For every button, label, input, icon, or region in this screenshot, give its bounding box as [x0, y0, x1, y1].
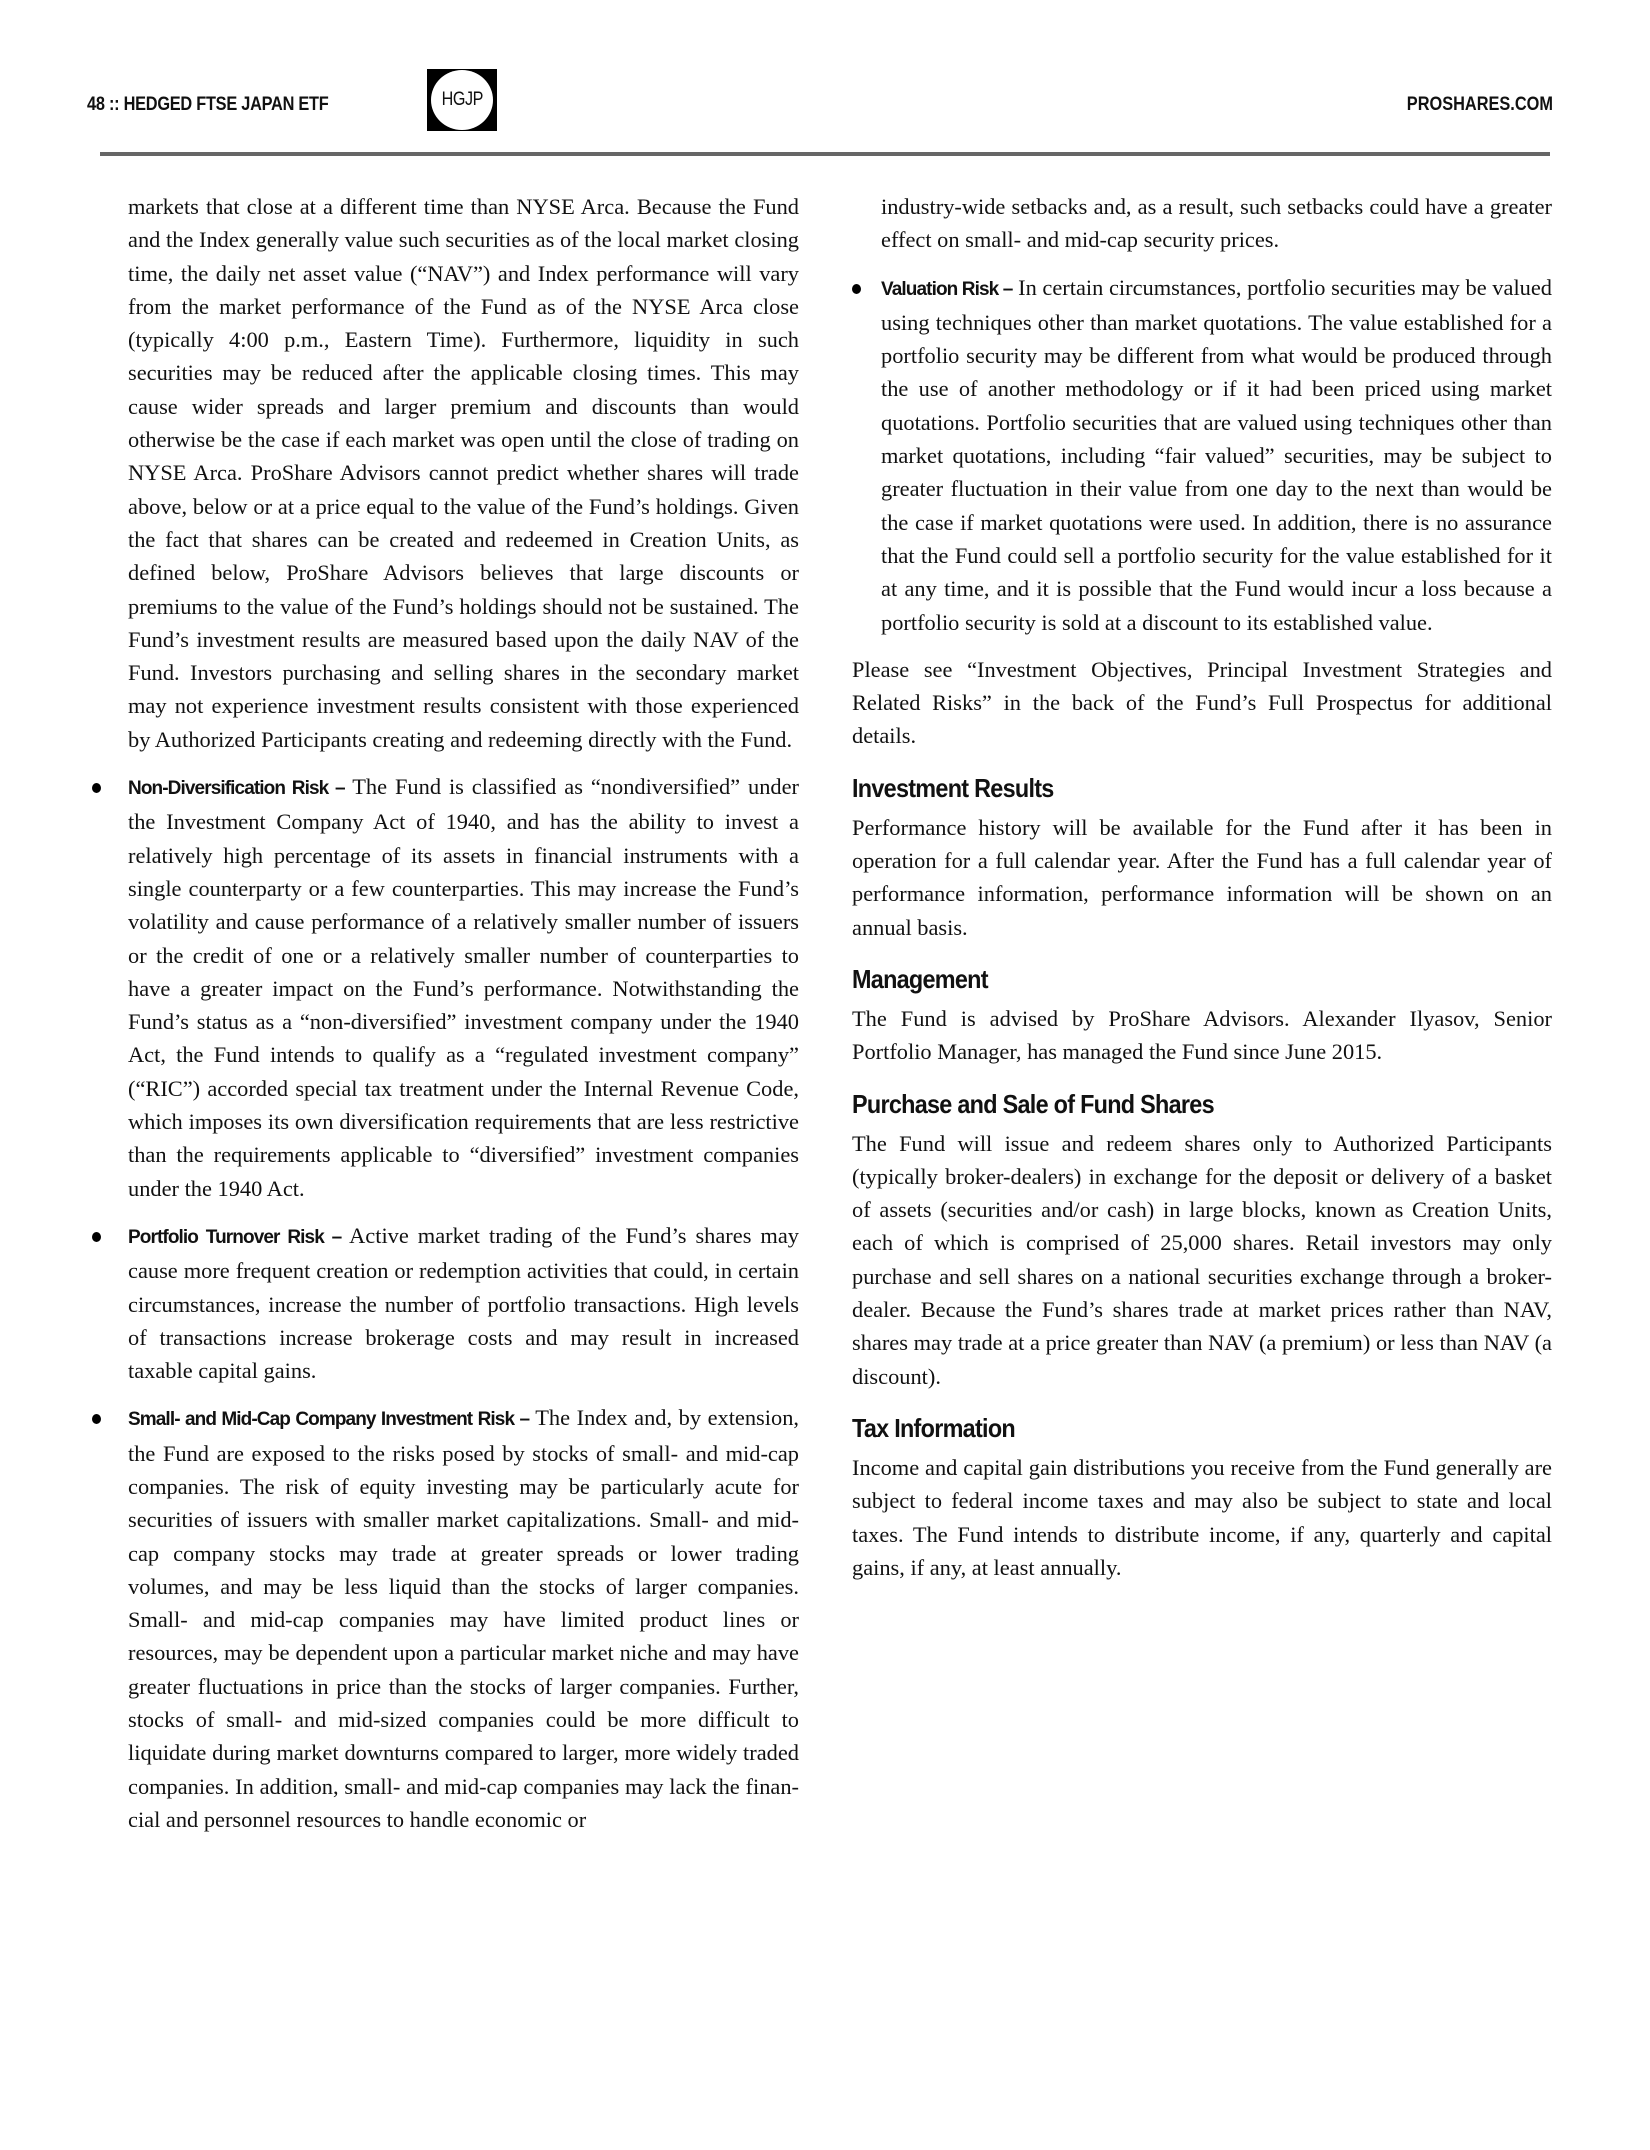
page-number-and-title: 48 :: HEDGED FTSE JAPAN ETF — [87, 94, 328, 116]
heading-purchase-sale: Purchase and Sale of Fund Shares — [852, 1087, 1482, 1121]
header-divider — [100, 152, 1550, 156]
see-also-paragraph: Please see “Investment Objectives, Princ… — [852, 653, 1552, 753]
left-column: markets that close at a different time t… — [128, 190, 799, 1836]
risk-list: Non-Diversification Risk – The Fund is c… — [128, 770, 799, 1836]
management-body: The Fund is advised by ProShare Advisors… — [852, 1002, 1552, 1069]
risk-item-small-mid-cap: Small- and Mid-Cap Company Investment Ri… — [128, 1401, 799, 1836]
continued-risk-text: industry-wide setbacks and, as a result,… — [881, 190, 1552, 257]
heading-management: Management — [852, 962, 1482, 996]
ticker-symbol: HGJP — [441, 89, 482, 111]
intro-paragraph: markets that close at a different time t… — [128, 190, 799, 756]
risk-name: Valuation Risk – — [881, 279, 1012, 300]
heading-investment-results: Investment Results — [852, 771, 1482, 805]
investment-results-body: Performance history will be available fo… — [852, 811, 1552, 944]
bullet-icon — [852, 284, 861, 294]
bullet-icon — [92, 1414, 101, 1424]
ticker-logo-circle-icon: HGJP — [431, 70, 493, 130]
bullet-icon — [92, 1232, 101, 1242]
risk-name: Portfolio Turnover Risk – — [128, 1227, 341, 1248]
heading-tax-information: Tax Information — [852, 1411, 1482, 1445]
risk-list-continued: Valuation Risk – In certain circumstance… — [881, 271, 1552, 639]
right-column: industry-wide setbacks and, as a result,… — [852, 190, 1552, 1584]
risk-name: Non-Diversification Risk – — [128, 778, 345, 799]
risk-name: Small- and Mid-Cap Company Investment Ri… — [128, 1409, 529, 1430]
risk-item-valuation: Valuation Risk – In certain circumstance… — [881, 271, 1552, 639]
ticker-logo-badge: HGJP — [427, 69, 497, 131]
purchase-sale-body: The Fund will issue and redeem shares on… — [852, 1127, 1552, 1393]
website-label: PROSHARES.COM — [1407, 94, 1553, 116]
risk-text: The Index and, by extension, the Fund ar… — [128, 1405, 799, 1832]
risk-text: The Fund is classified as “nondiversifie… — [128, 774, 799, 1201]
right-bullet-block: industry-wide setbacks and, as a result,… — [852, 190, 1552, 639]
tax-information-body: Income and capital gain distributions yo… — [852, 1451, 1552, 1584]
page-header: 48 :: HEDGED FTSE JAPAN ETF HGJP PROSHAR… — [0, 0, 1650, 160]
bullet-icon — [92, 783, 101, 793]
risk-item-non-diversification: Non-Diversification Risk – The Fund is c… — [128, 770, 799, 1205]
risk-item-portfolio-turnover: Portfolio Turnover Risk – Active market … — [128, 1219, 799, 1387]
risk-text: In certain circumstances, portfolio secu… — [881, 275, 1552, 635]
